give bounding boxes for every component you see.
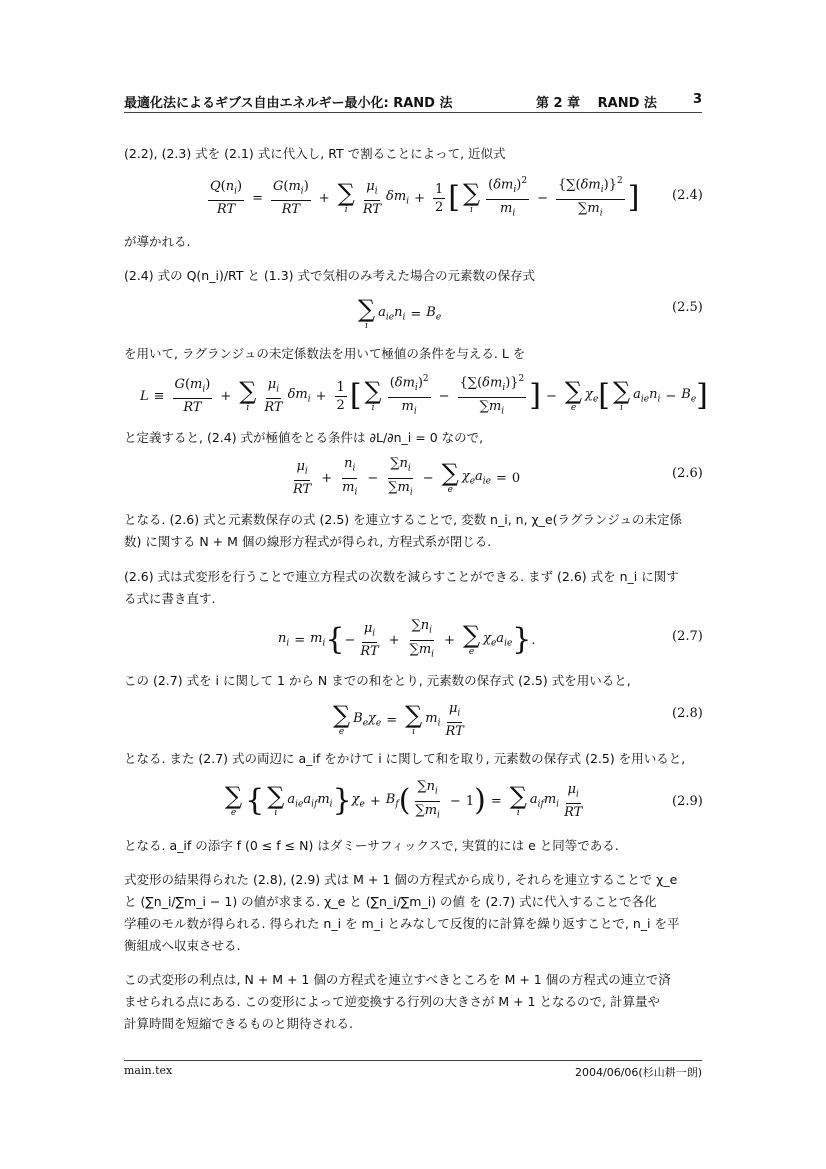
footer-date-author: 2004/06/06(杉山耕一朗) bbox=[575, 1064, 702, 1080]
equation-2-9: ∑e { ∑i aieaifmi } χe + Bf ( ∑ni∑mi − 1 … bbox=[222, 779, 587, 823]
paragraph-derived: が導かれる. bbox=[124, 231, 702, 253]
paragraph-reduction: (2.6) 式は式変形を行うことで連立方程式の次数を減らすことができる. まず … bbox=[124, 566, 702, 610]
footer-rule bbox=[124, 1060, 702, 1061]
equation-number-2-9: (2.9) bbox=[672, 794, 703, 809]
document-page: 最適化法によるギブス自由エネルギー最小化: RAND 法 第 2 章 RAND … bbox=[0, 0, 826, 1169]
paragraph-intro: (2.2), (2.3) 式を (2.1) 式に代入し, RT で割ることによっ… bbox=[124, 143, 702, 165]
header-title: 最適化法によるギブス自由エネルギー最小化: RAND 法 bbox=[124, 92, 452, 111]
equation-number-2-8: (2.8) bbox=[672, 706, 703, 721]
header-page-number: 3 bbox=[693, 92, 702, 107]
paragraph-sum-over-i: この (2.7) 式を i に関して 1 から N までの和をとり, 元素数の保… bbox=[124, 670, 702, 692]
paragraph-extremum-condition: と定義すると, (2.4) 式が極値をとる条件は ∂L/∂n_i = 0 なので… bbox=[124, 427, 702, 449]
equation-2-6: μiRT + nimi − ∑ni∑mi − ∑e χeaie = 0 bbox=[288, 458, 520, 498]
header-chapter: 第 2 章 RAND 法 bbox=[536, 92, 657, 111]
equation-lagrangian: L ≡ G(mi)RT + ∑i μiRT δmi + 12 [ ∑i (δmi… bbox=[140, 374, 708, 418]
equation-2-4: Q(ni)RT = G(mi)RT + ∑i μiRT δmi + 12 [ ∑… bbox=[205, 176, 639, 220]
equation-2-7: ni = mi { − μiRT + ∑ni∑mi + ∑e χeaie } . bbox=[278, 618, 536, 662]
paragraph-lagrange: を用いて, ラグランジュの未定係数法を用いて極値の条件を与える. L を bbox=[124, 343, 702, 365]
equation-number-2-5: (2.5) bbox=[672, 300, 703, 315]
paragraph-linear-system: となる. (2.6) 式と元素数保存の式 (2.5) を連立することで, 変数 … bbox=[124, 509, 702, 553]
running-header: 最適化法によるギブス自由エネルギー最小化: RAND 法 第 2 章 RAND … bbox=[124, 92, 702, 114]
paragraph-conservation-intro: (2.4) 式の Q(n_i)/RT と (1.3) 式で気相のみ考えた場合の元… bbox=[124, 265, 702, 287]
header-rule bbox=[124, 112, 702, 113]
paragraph-advantage: この式変形の利点は, N + M + 1 個の方程式を連立すべきところを M +… bbox=[124, 969, 702, 1035]
equation-number-2-7: (2.7) bbox=[672, 629, 703, 644]
paragraph-dummy-suffix: となる. a_if の添字 f (0 ≤ f ≤ N) はダミーサフィックスで,… bbox=[124, 835, 702, 857]
equation-number-2-4: (2.4) bbox=[672, 188, 703, 203]
equation-2-8: ∑e Beχe = ∑i mi μiRT bbox=[330, 700, 469, 740]
footer-filename: main.tex bbox=[124, 1064, 172, 1077]
equation-number-2-6: (2.6) bbox=[672, 466, 703, 481]
paragraph-multiply-aif: となる. また (2.7) 式の両辺に a_if をかけて i に関して和を取り… bbox=[124, 748, 702, 770]
equation-2-5: ∑i aieni = Be bbox=[355, 296, 441, 332]
paragraph-result: 式変形の結果得られた (2.8), (2.9) 式は M + 1 個の方程式から… bbox=[124, 869, 702, 957]
